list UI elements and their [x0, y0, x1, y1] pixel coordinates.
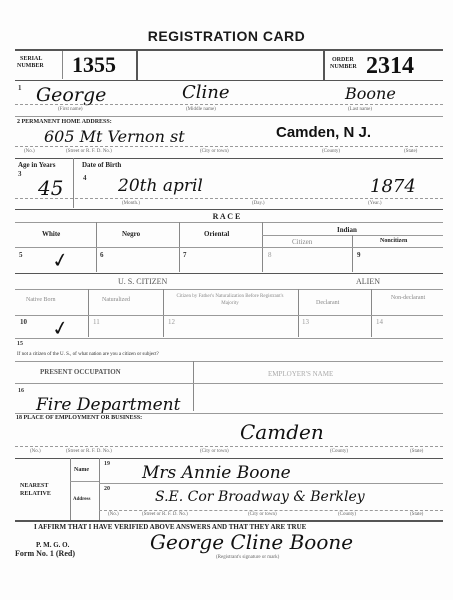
col-declarant: Declarant	[316, 300, 339, 306]
age-value: 45	[38, 176, 63, 200]
order-label-2: NUMBER	[330, 64, 357, 70]
address-street: 605 Mt Vernon st	[44, 127, 185, 146]
col-citizen-by-father: Citizen by Father's Naturalization Befor…	[170, 293, 290, 307]
field-number: 1	[18, 84, 22, 92]
field-number: 12	[168, 318, 175, 326]
caption-county: (County)	[330, 449, 348, 454]
divider	[15, 198, 443, 199]
caption-no: (No.)	[30, 449, 41, 454]
divider	[15, 383, 443, 384]
field-number: 6	[100, 251, 104, 259]
caption-county: (County)	[322, 149, 340, 154]
caption-city: (City or town)	[248, 512, 277, 517]
divider	[99, 510, 443, 511]
serial-label-1: SERIAL	[20, 56, 42, 62]
caption-city: (City or town)	[200, 149, 229, 154]
field-number: 3	[18, 170, 22, 178]
divider	[62, 51, 63, 79]
col-non-declarant: Non-declarant	[388, 294, 428, 302]
field-number: 9	[357, 251, 361, 259]
divider	[70, 458, 71, 520]
birth-day-month: 20th april	[118, 176, 203, 196]
serial-number: 1355	[72, 52, 116, 78]
last-name-caption: (Last name)	[348, 107, 372, 112]
race-white: White	[42, 230, 60, 238]
field-number: 13	[302, 318, 309, 326]
divider	[371, 289, 372, 337]
relative-name-value: Mrs Annie Boone	[142, 463, 291, 483]
race-indian: Indian	[337, 226, 357, 234]
card-title: REGISTRATION CARD	[0, 28, 453, 44]
employer-header: EMPLOYER'S NAME	[268, 370, 333, 378]
field-number: 4	[83, 174, 87, 182]
field-number: 20	[104, 486, 110, 492]
caption-day: (Day.)	[252, 201, 265, 206]
birth-year: 1874	[370, 176, 416, 197]
relative-address-value: S.E. Cor Broadway & Berkley	[155, 489, 365, 505]
field-number: 15	[17, 341, 23, 347]
occupation-value: Fire Department	[36, 395, 180, 415]
caption-street: (Street or R. F. D. No.)	[142, 512, 188, 517]
middle-name: Cline	[182, 82, 230, 103]
race-indian-citizen: Citizen	[292, 238, 312, 246]
divider	[15, 413, 443, 414]
divider	[99, 483, 443, 484]
divider	[15, 104, 443, 105]
divider	[15, 247, 443, 248]
form-id-1: P. M. G. O.	[36, 541, 69, 549]
race-title: R A C E	[0, 212, 453, 221]
employment-value: Camden	[240, 420, 324, 444]
divider	[163, 289, 164, 337]
first-name: George	[36, 84, 106, 106]
caption-street: (Street or R. F. D. No.)	[66, 149, 112, 154]
middle-name-caption: (Middle name)	[186, 107, 216, 112]
relative-label-1: NEAREST	[20, 483, 48, 489]
employment-label: 18 PLACE OF EMPLOYMENT OR BUSINESS:	[16, 415, 142, 421]
birth-label: Date of Birth	[82, 161, 121, 169]
divider	[15, 209, 443, 210]
order-number: 2314	[366, 53, 414, 80]
divider	[15, 80, 443, 81]
divider	[15, 222, 443, 223]
divider	[15, 361, 443, 362]
divider	[15, 315, 443, 316]
divider	[73, 158, 74, 208]
divider	[136, 51, 138, 80]
field-number: 10	[20, 318, 27, 326]
address-city: Camden, N J.	[276, 124, 371, 141]
age-label: Age in Years	[18, 161, 55, 169]
divider	[298, 289, 299, 337]
order-label-1: ORDER	[332, 57, 354, 63]
race-oriental: Oriental	[204, 230, 229, 238]
divider	[15, 116, 443, 117]
caption-street: (Street or R. F. D. No.)	[66, 449, 112, 454]
alien-title: ALIEN	[356, 277, 380, 286]
divider	[15, 273, 443, 274]
us-citizen-title: U. S. CITIZEN	[118, 277, 167, 286]
question-15: If not a citizen of the U. S., of what n…	[17, 352, 159, 357]
relative-label-2: RELATIVE	[20, 491, 51, 497]
caption-state: (State)	[410, 512, 423, 517]
field-number: 7	[183, 251, 187, 259]
serial-label-2: NUMBER	[17, 63, 44, 69]
race-negro: Negro	[122, 230, 140, 238]
caption-city: (City or town)	[200, 449, 229, 454]
divider	[15, 520, 443, 522]
divider	[15, 158, 443, 159]
field-number: 5	[19, 251, 23, 259]
first-name-caption: (First name)	[58, 107, 83, 112]
divider	[15, 446, 443, 447]
signature-caption: (Registrant's signature or mark)	[216, 555, 279, 560]
relative-name-label: Name	[74, 467, 89, 473]
caption-state: (State)	[410, 449, 423, 454]
divider	[15, 146, 443, 147]
divider	[352, 235, 353, 272]
field-number: 19	[104, 461, 110, 467]
divider	[323, 51, 325, 80]
caption-state: (State)	[404, 149, 417, 154]
address-label: 2 PERMANENT HOME ADDRESS:	[17, 119, 112, 125]
field-number: 11	[93, 318, 100, 326]
divider	[88, 289, 89, 337]
divider	[15, 289, 443, 290]
divider	[193, 361, 194, 411]
field-number: 8	[268, 251, 272, 259]
white-checkmark: ✓	[50, 247, 71, 275]
divider	[70, 481, 100, 482]
last-name: Boone	[345, 84, 396, 103]
col-native-born: Native Born	[26, 297, 56, 303]
caption-county: (County)	[338, 512, 356, 517]
col-naturalized: Naturalized	[102, 297, 130, 303]
form-id-2: Form No. 1 (Red)	[15, 549, 75, 558]
occupation-header: PRESENT OCCUPATION	[40, 368, 121, 376]
registrant-signature: George Cline Boone	[150, 530, 353, 554]
race-indian-noncitizen: Noncitizen	[380, 238, 407, 244]
divider	[15, 49, 443, 51]
caption-year: (Year.)	[368, 201, 382, 206]
field-number: 16	[18, 388, 24, 394]
field-number: 14	[376, 318, 383, 326]
caption-no: (No.)	[108, 512, 119, 517]
divider	[15, 338, 443, 339]
caption-no: (No.)	[24, 149, 35, 154]
caption-month: (Month.)	[122, 201, 140, 206]
divider	[15, 458, 443, 459]
relative-address-label: Address	[73, 497, 90, 502]
